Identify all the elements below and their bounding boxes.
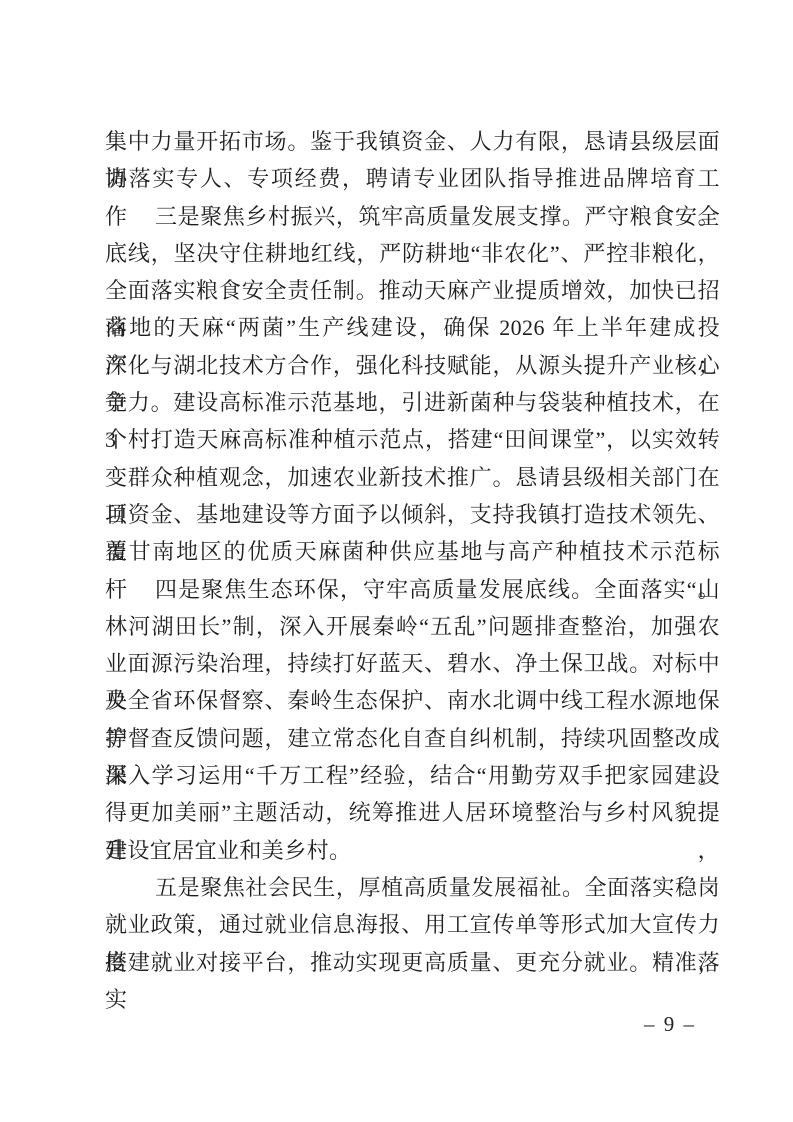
text-line: 底线，坚决守住耕地红线，严防耕地“非农化”、严控非粮化， bbox=[105, 235, 720, 272]
text-line: 变群众种植观念，加速农业新技术推广。恳请县级相关部门在项 bbox=[105, 459, 720, 496]
text-line: 林河湖田长”制，深入开展秦岭“五乱”问题排查整治，加强农 bbox=[105, 608, 720, 645]
text-line: 争力。建设高标准示范基地，引进新菌种与袋装种植技术，在 3 bbox=[105, 384, 720, 421]
text-line: 等督查反馈问题，建立常态化自查自纠机制，持续巩固整改成果。 bbox=[105, 720, 720, 757]
text-line: 就业政策，通过就业信息海报、用工宣传单等形式加大宣传力度， bbox=[105, 906, 720, 943]
text-line: 深化与湖北技术方合作，强化科技赋能，从源头提升产业核心竞 bbox=[105, 347, 720, 384]
text-line: 业面源污染治理，持续打好蓝天、碧水、净土保卫战。对标中央 bbox=[105, 645, 720, 682]
text-line: 全面落实粮食安全责任制。推动天麻产业提质增效，加快已招商 bbox=[105, 272, 720, 309]
text-line: 集中力量开拓市场。鉴于我镇资金、人力有限，恳请县级层面协 bbox=[105, 123, 720, 160]
text-line: 个村打造天麻高标准种植示范点，搭建“田间课堂”，以实效转 bbox=[105, 421, 720, 458]
text-line: 盖甘南地区的优质天麻菌种供应基地与高产种植技术示范标杆。 bbox=[105, 533, 720, 570]
text-line: 落地的天麻“两菌”生产线建设，确保 2026 年上半年建成投产； bbox=[105, 309, 720, 346]
document-page: 集中力量开拓市场。鉴于我镇资金、人力有限，恳请县级层面协调落实专人、专项经费，聘… bbox=[0, 0, 793, 1122]
text-line: 三是聚焦乡村振兴，筑牢高质量发展支撑。严守粮食安全 bbox=[105, 198, 720, 235]
text-line: 搭建就业对接平台，推动实现更高质量、更充分就业。精准落实 bbox=[105, 944, 720, 981]
text-line: 深入学习运用“千万工程”经验，结合“用勤劳双手把家园建设 bbox=[105, 757, 720, 794]
text-line: 及全省环保督察、秦岭生态保护、南水北调中线工程水源地保护 bbox=[105, 682, 720, 719]
page-number: – 9 – bbox=[612, 1012, 728, 1037]
body-text: 集中力量开拓市场。鉴于我镇资金、人力有限，恳请县级层面协调落实专人、专项经费，聘… bbox=[105, 123, 720, 981]
text-line: 目资金、基地建设等方面予以倾斜，支持我镇打造技术领先、覆 bbox=[105, 496, 720, 533]
text-line: 五是聚焦社会民生，厚植高质量发展福祉。全面落实稳岗 bbox=[105, 869, 720, 906]
text-line: 调落实专人、专项经费，聘请专业团队指导推进品牌培育工作。 bbox=[105, 160, 720, 197]
text-line: 四是聚焦生态环保，守牢高质量发展底线。全面落实“山 bbox=[105, 571, 720, 608]
text-line: 得更加美丽”主题活动，统筹推进人居环境整治与乡村风貌提升， bbox=[105, 794, 720, 831]
